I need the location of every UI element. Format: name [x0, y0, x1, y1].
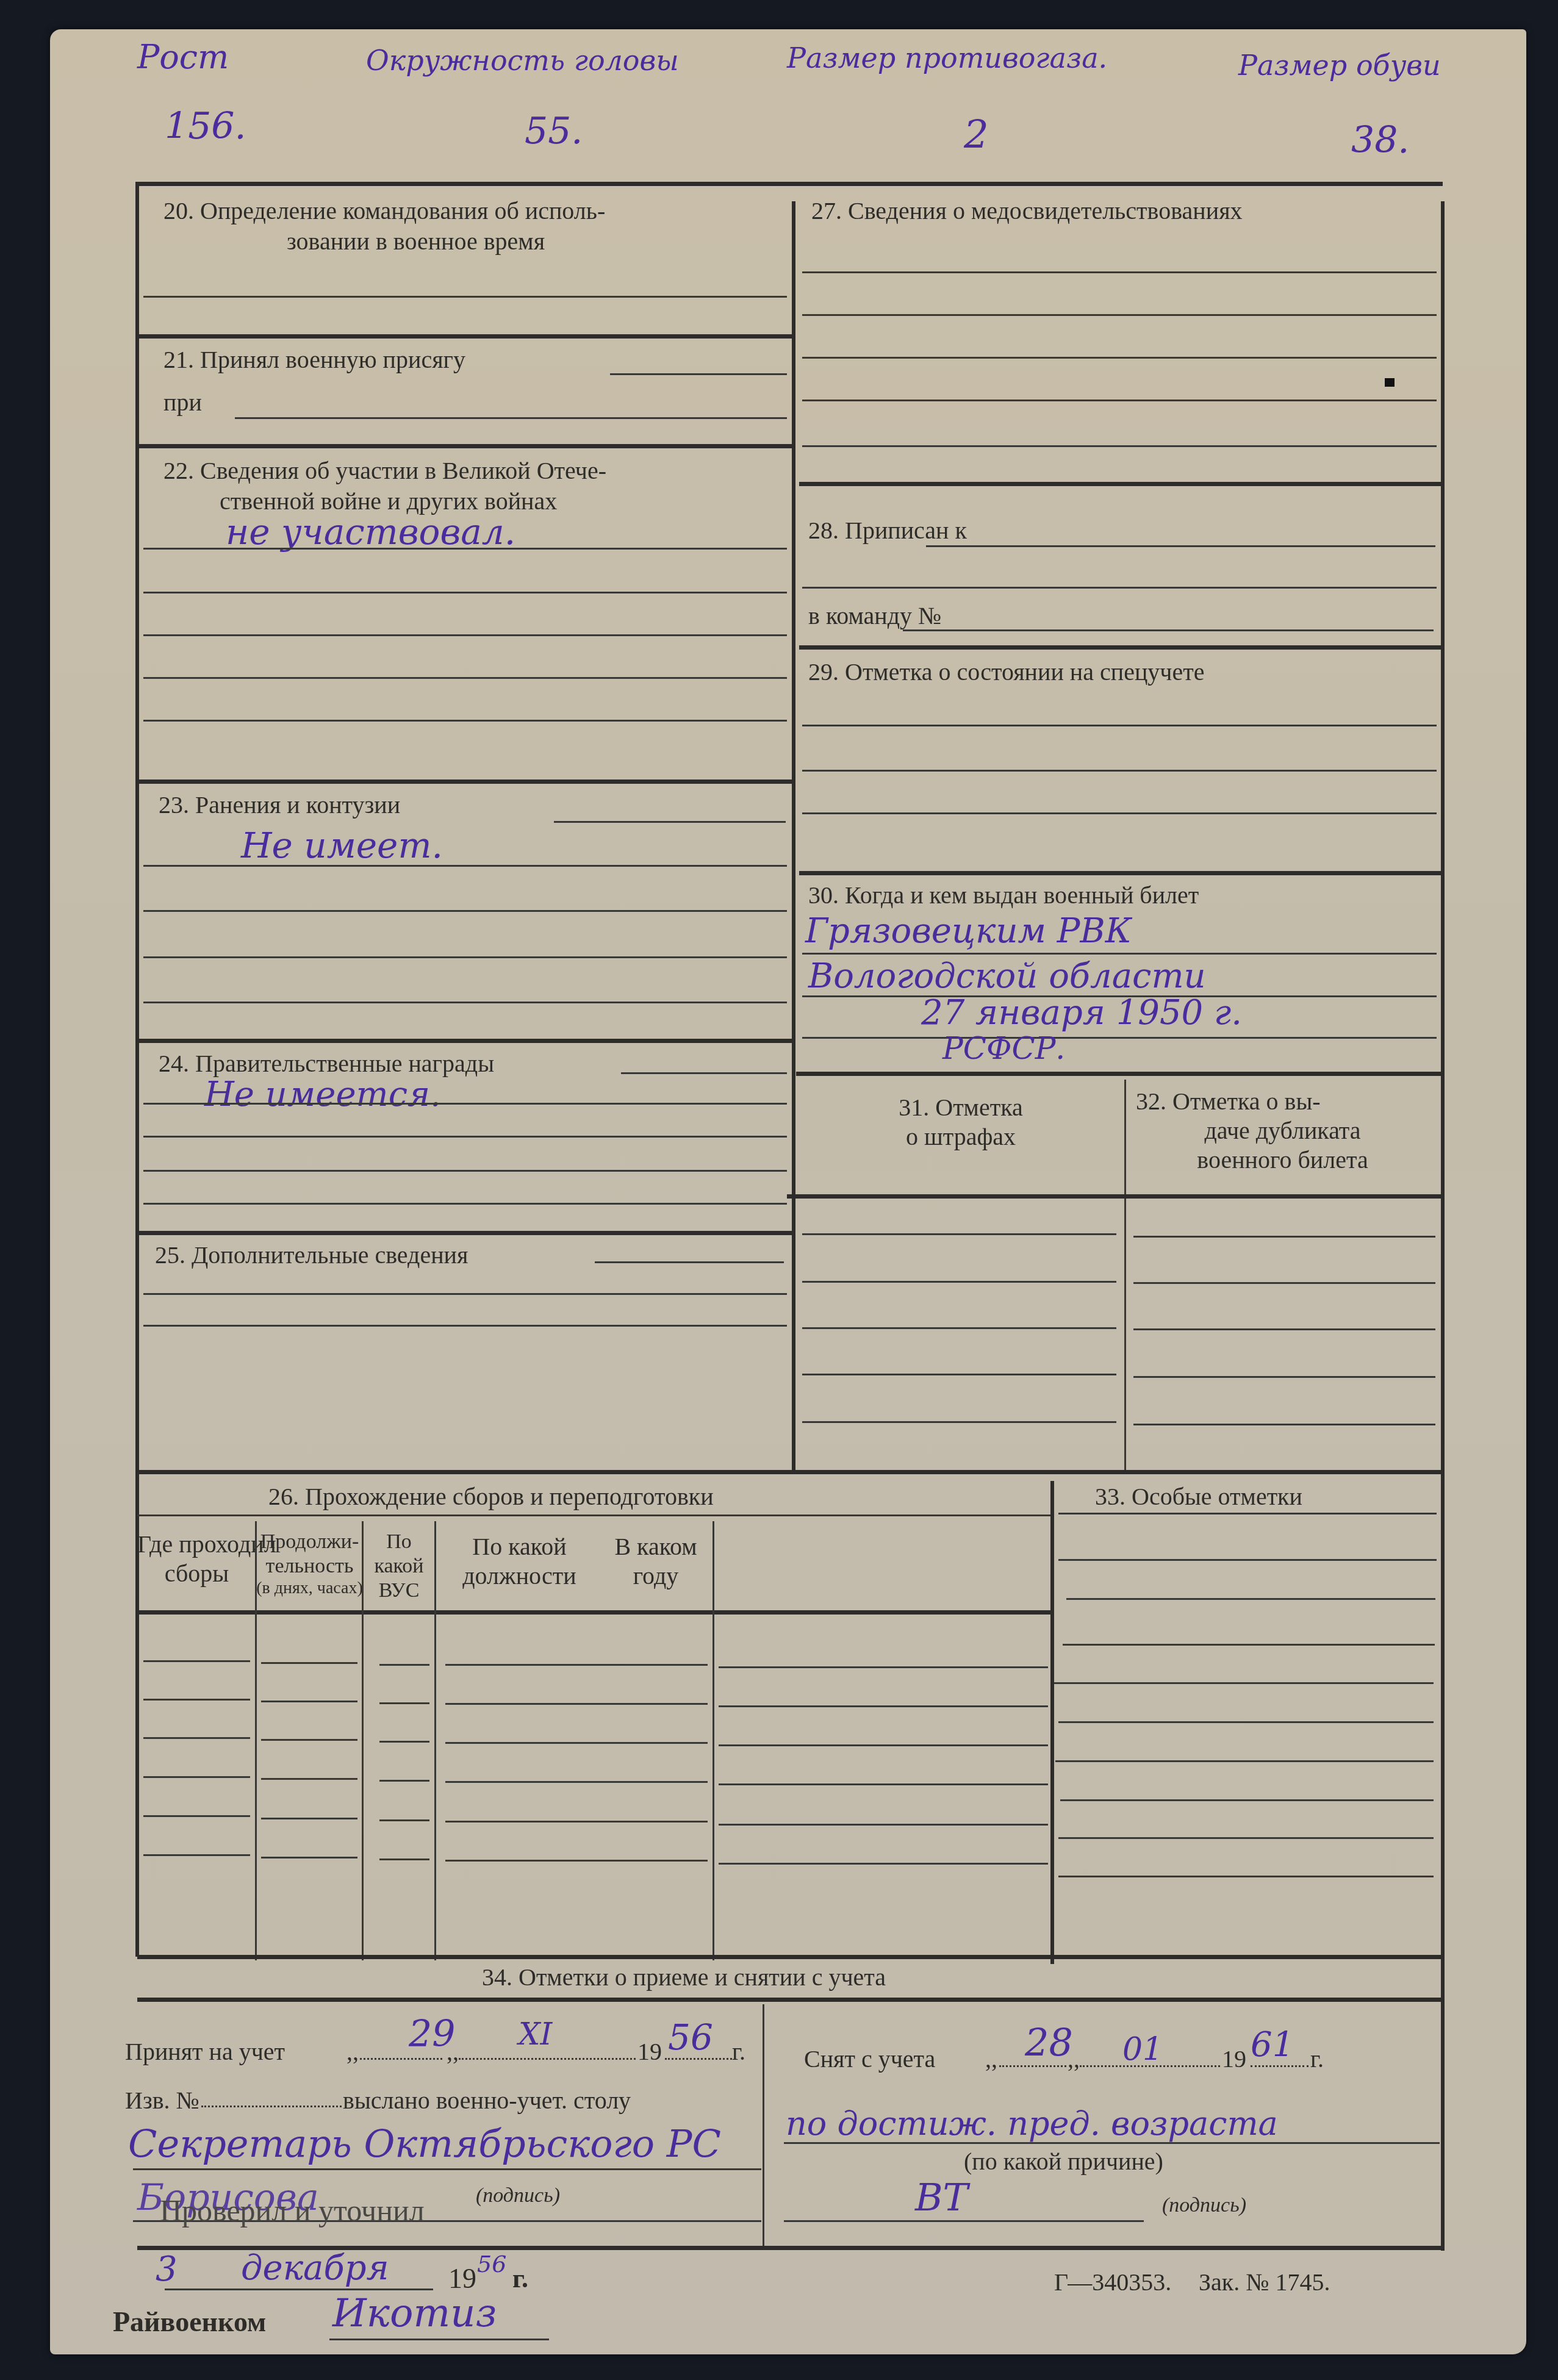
section-30-value-line3: 27 января 1950 г. — [921, 993, 1242, 1033]
section-32-label: 32. Отметка о вы- — [1136, 1087, 1321, 1116]
section-20-label-cont: зовании в военное время — [287, 227, 545, 256]
section-30-value-line4: РСФСР. — [942, 1031, 1065, 1066]
document-page — [50, 29, 1526, 2354]
section-28-label: 28. Приписан к — [808, 516, 967, 545]
gas-mask-size-value: 2 — [964, 113, 989, 158]
print-code: Г—340353. — [1054, 2268, 1171, 2297]
section-23-value: Не имеет. — [241, 825, 443, 866]
col-header-where: Где проходил сборы — [137, 1530, 256, 1588]
ink-blot — [1385, 378, 1395, 387]
checked-date-month: декабря — [241, 2248, 389, 2288]
section-24-label: 24. Правительственные награды — [159, 1049, 494, 1078]
order-number: Зак. № 1745. — [1199, 2268, 1330, 2297]
team-number-field[interactable] — [903, 629, 1434, 631]
section-24-value: Не имеется. — [204, 1075, 441, 1114]
accepted-signature-text: Секретарь Октябрьского РС — [128, 2121, 721, 2166]
checked-date-day: 3 — [156, 2249, 178, 2289]
gas-mask-size-label: Размер противогаза. — [787, 41, 1107, 74]
section-33-label: 33. Особые отметки — [1095, 1482, 1302, 1511]
removed-day: 28 — [1025, 2020, 1073, 2065]
izv-label: Изв. № — [125, 2086, 199, 2115]
oath-date-field[interactable] — [610, 373, 787, 375]
removed-label: Снят с учета — [804, 2045, 935, 2074]
reason-label: (по какой причине) — [964, 2147, 1163, 2176]
section-21-pri-label: при — [163, 388, 202, 417]
section-22-label: 22. Сведения об участии в Великой Отече- — [163, 456, 606, 486]
oath-place-field[interactable] — [235, 417, 787, 419]
section-28-team-label: в команду № — [808, 601, 941, 631]
accepted-month: XI — [519, 2016, 552, 2052]
checked-date-year: 56 — [477, 2251, 506, 2278]
section-20-label: 20. Определение командования об исполь- — [163, 196, 605, 226]
section-22-value: не участвовал. — [226, 511, 515, 553]
raivoenkom-label: Райвоенком — [113, 2306, 266, 2338]
section-30-value-line2: Вологодской области — [808, 956, 1206, 996]
col-header-duration: Продолжи- тельность (в днях, часах) — [256, 1530, 363, 1598]
col-header-year: В каком году — [604, 1532, 708, 1591]
removed-year: 61 — [1251, 2025, 1294, 2065]
head-circumference-label: Окружность головы — [366, 44, 679, 77]
accepted-label: Принят на учет — [125, 2037, 285, 2066]
section-30-label: 30. Когда и кем выдан военный билет — [808, 881, 1199, 910]
section-25-label: 25. Дополнительные сведения — [155, 1241, 468, 1270]
section-23-label: 23. Ранения и контузии — [159, 790, 400, 820]
accepted-year: 56 — [668, 2016, 713, 2058]
height-label: Рост — [137, 38, 229, 76]
section-32-label-cont2: военного билета — [1129, 1145, 1437, 1175]
checked-label: Проверил и уточнил — [160, 2196, 425, 2225]
section-26-title: 26. Прохождение сборов и переподготовки — [268, 1482, 714, 1511]
section-31-label-cont: о штрафах — [796, 1122, 1125, 1152]
raivoenkom-signature: Икотиз — [332, 2291, 497, 2336]
head-circumference-value: 55. — [525, 110, 583, 152]
col-header-vus: По какой ВУС — [363, 1530, 435, 1603]
section-21-label: 21. Принял военную присягу — [163, 345, 465, 375]
removed-podpis-label: (подпись) — [1162, 2193, 1246, 2218]
section-34-title: 34. Отметки о приеме и снятии с учета — [482, 1963, 886, 1992]
col-header-position: По какой должности — [435, 1532, 604, 1591]
removed-month: 01 — [1122, 2031, 1163, 2068]
section-27-label: 27. Сведения о медосвидетельствованиях — [811, 196, 1243, 226]
shoe-size-value: 38. — [1351, 119, 1409, 162]
section-32-label-cont: даче дубликата — [1129, 1116, 1437, 1145]
removed-signature: ВТ — [915, 2175, 968, 2220]
section-29-label: 29. Отметка о состоянии на спецучете — [808, 658, 1204, 687]
section-31-label: 31. Отметка — [796, 1093, 1125, 1122]
height-value: 156. — [165, 105, 246, 148]
accepted-podpis-label: (подпись) — [476, 2184, 560, 2208]
section-30-value-line1: Грязовецким РВК — [805, 911, 1132, 951]
shoe-size-label: Размер обуви — [1238, 49, 1441, 82]
sent-label: выслано военно-учет. столу — [343, 2086, 631, 2115]
section-20-field[interactable] — [143, 296, 787, 298]
removal-reason: по достиж. пред. возраста — [786, 2104, 1278, 2143]
